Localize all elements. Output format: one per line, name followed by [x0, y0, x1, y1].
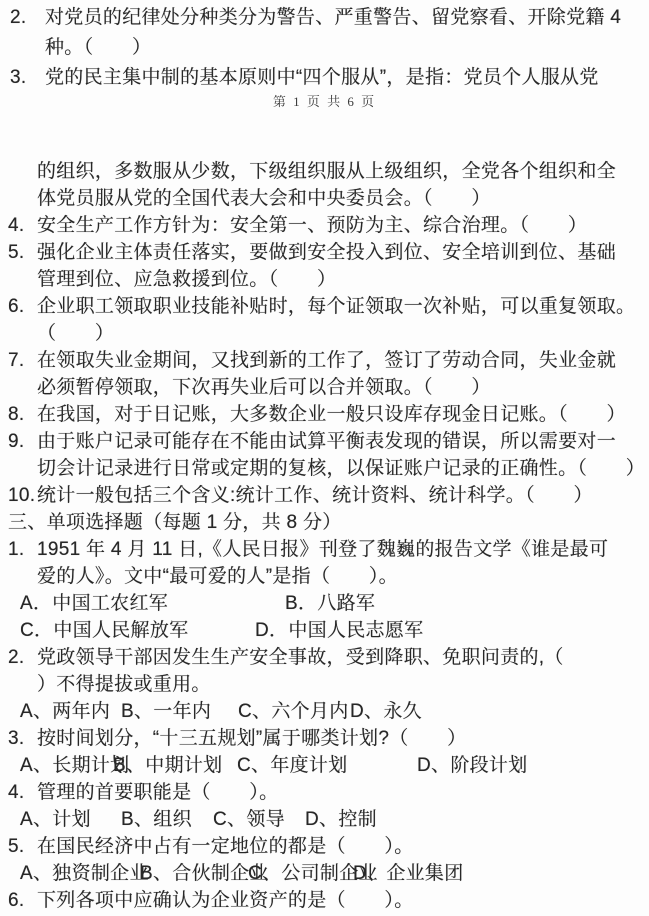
- question-line: 4.安全生产工作方针为：安全第一、预防为主、综合治理。（ ）: [0, 212, 649, 239]
- question-text: （ ）: [37, 323, 114, 344]
- question-text: 党政领导干部因发生生产安全事故，受到降职、免职问责的,（: [37, 647, 564, 668]
- option-item: D、控制: [305, 806, 377, 833]
- question-line: 9.由于账户记录可能存在不能由试算平衡表发现的错误，所以需要对一: [0, 428, 649, 455]
- question-text: ）不得提拔或重用。: [37, 674, 211, 695]
- question-number: 1.: [8, 536, 24, 563]
- option-item: C、公司制企业: [248, 860, 353, 887]
- option-item: C、六个月内: [238, 698, 350, 725]
- question-text: 的组织，多数服从少数，下级组织服从上级组织，全党各个组织和全: [37, 161, 616, 182]
- question-number: 6.: [8, 887, 24, 914]
- option-item: A、独资制企业: [20, 860, 140, 887]
- question-line-continued: 种。（ ）: [0, 33, 649, 63]
- question-number: 5.: [8, 239, 24, 266]
- question-number: 3.: [10, 63, 26, 93]
- question-text: 管理的首要职能是（ ）。: [37, 782, 278, 803]
- question-line: 2.党政领导干部因发生生产安全事故，受到降职、免职问责的,（: [0, 644, 649, 671]
- question-line: 5.在国民经济中占有一定地位的都是（ ）。: [0, 833, 649, 860]
- option-item: D、阶段计划: [417, 752, 528, 779]
- question-number: 3.: [8, 725, 24, 752]
- question-number: 2.: [10, 3, 26, 33]
- question-text: 三、单项选择题（每题 1 分，共 8 分）: [8, 512, 342, 533]
- question-line: 1.1951 年 4 月 11 日,《人民日报》刊登了魏巍的报告文学《谁是最可: [0, 536, 649, 563]
- option-item: B、组织: [121, 806, 213, 833]
- question-number: 6.: [8, 293, 24, 320]
- question-number: 4.: [8, 212, 24, 239]
- question-text: 种。（ ）: [45, 37, 151, 58]
- document-page: 2.对党员的纪律处分种类分为警告、严重警告、留党察看、开除党籍 4种。（ ）3.…: [0, 0, 649, 916]
- question-line-continued: 爱的人》。文中“最可爱的人”是指（ ）。: [0, 563, 649, 590]
- question-text: 按时间划分，“十三五规划”属于哪类计划?（ ）: [37, 728, 466, 749]
- options-row: A、长期计划B、中期计划C、年度计划D、阶段计划: [0, 752, 649, 779]
- question-line-continued: 必须暂停领取，下次再失业后可以合并领取。（ ）: [0, 374, 649, 401]
- question-text: 在领取失业金期间，又找到新的工作了，签订了劳动合同，失业金就: [37, 350, 616, 371]
- question-line: 2.对党员的纪律处分种类分为警告、严重警告、留党察看、开除党籍 4: [0, 3, 649, 33]
- question-line-continued: （ ）: [0, 320, 649, 347]
- question-number: 9.: [8, 428, 24, 455]
- option-item: B．八路军: [285, 590, 375, 617]
- question-line: 6.下列各项中应确认为企业资产的是（ ）。: [0, 887, 649, 914]
- question-text: 在我国，对于日记账，大多数企业一般只设库存现金日记账。（ ）: [37, 404, 626, 425]
- question-line: 3.党的民主集中制的基本原则中“四个服从”，是指：党员个人服从党: [0, 63, 649, 93]
- page-footer: 第 1 页 共 6 页: [0, 93, 649, 111]
- options-row: A、计划B、组织C、领导D、控制: [0, 806, 649, 833]
- question-line: 6.企业职工领取职业技能补贴时，每个证领取一次补贴，可以重复领取。: [0, 293, 649, 320]
- question-line: 8.在我国，对于日记账，大多数企业一般只设库存现金日记账。（ ）: [0, 401, 649, 428]
- question-text: 体党员服从党的全国代表大会和中央委员会。（ ）: [37, 188, 491, 209]
- option-item: B、合伙制企业: [140, 860, 248, 887]
- option-item: A、计划: [20, 806, 121, 833]
- options-row: A、独资制企业B、合伙制企业C、公司制企业D、企业集团: [0, 860, 649, 887]
- page-2-fragment: 的组织，多数服从少数，下级组织服从上级组织，全党各个组织和全体党员服从党的全国代…: [0, 158, 649, 914]
- question-text: 切会计记录进行日常或定期的复核，以保证账户记录的正确性。（ ）: [37, 458, 645, 479]
- question-line-continued: 体党员服从党的全国代表大会和中央委员会。（ ）: [0, 185, 649, 212]
- options-row: C．中国人民解放军D．中国人民志愿军: [0, 617, 649, 644]
- question-text: 由于账户记录可能存在不能由试算平衡表发现的错误，所以需要对一: [37, 431, 616, 452]
- option-item: B、一年内: [121, 698, 238, 725]
- question-number: 7.: [8, 347, 24, 374]
- question-text: 强化企业主体责任落实，要做到安全投入到位、安全培训到位、基础: [37, 242, 616, 263]
- options-row: A、两年内B、一年内C、六个月内D、永久: [0, 698, 649, 725]
- question-line: 3.按时间划分，“十三五规划”属于哪类计划?（ ）: [0, 725, 649, 752]
- question-text: 党的民主集中制的基本原则中“四个服从”，是指：党员个人服从党: [45, 67, 599, 88]
- option-item: D、永久: [350, 698, 422, 725]
- page-break-gap: [0, 111, 649, 158]
- question-line-continued: ）不得提拔或重用。: [0, 671, 649, 698]
- option-item: D．中国人民志愿军: [255, 617, 423, 644]
- section-heading: 三、单项选择题（每题 1 分，共 8 分）: [0, 509, 649, 536]
- option-item: D、企业集团: [353, 860, 464, 887]
- question-text: 管理到位、应急救援到位。（ ）: [37, 269, 336, 290]
- page-1-fragment: 2.对党员的纪律处分种类分为警告、严重警告、留党察看、开除党籍 4种。（ ）3.…: [0, 0, 649, 93]
- question-text: 下列各项中应确认为企业资产的是（ ）。: [37, 890, 414, 911]
- option-item: A、两年内: [20, 698, 121, 725]
- question-line-continued: 的组织，多数服从少数，下级组织服从上级组织，全党各个组织和全: [0, 158, 649, 185]
- question-text: 对党员的纪律处分种类分为警告、严重警告、留党察看、开除党籍 4: [45, 7, 621, 28]
- question-number: 10.: [8, 482, 35, 509]
- option-item: C、年度计划: [237, 752, 417, 779]
- question-number: 8.: [8, 401, 24, 428]
- question-line: 10.统计一般包括三个含义:统计工作、统计资料、统计科学。（ ）: [0, 482, 649, 509]
- question-line-continued: 管理到位、应急救援到位。（ ）: [0, 266, 649, 293]
- question-number: 2.: [8, 644, 24, 671]
- question-number: 4.: [8, 779, 24, 806]
- question-text: 必须暂停领取，下次再失业后可以合并领取。（ ）: [37, 377, 491, 398]
- question-line-continued: 切会计记录进行日常或定期的复核，以保证账户记录的正确性。（ ）: [0, 455, 649, 482]
- option-item: A、长期计划: [20, 752, 113, 779]
- question-number: 5.: [8, 833, 24, 860]
- question-line: 5.强化企业主体责任落实，要做到安全投入到位、安全培训到位、基础: [0, 239, 649, 266]
- option-item: B、中期计划: [113, 752, 237, 779]
- question-text: 企业职工领取职业技能补贴时，每个证领取一次补贴，可以重复领取。: [37, 296, 635, 317]
- option-item: C．中国人民解放军: [20, 617, 255, 644]
- option-item: C、领导: [213, 806, 305, 833]
- question-text: 爱的人》。文中“最可爱的人”是指（ ）。: [37, 566, 398, 587]
- question-text: 在国民经济中占有一定地位的都是（ ）。: [37, 836, 414, 857]
- options-row: A．中国工农红军B．八路军: [0, 590, 649, 617]
- question-text: 统计一般包括三个含义:统计工作、统计资料、统计科学。（ ）: [37, 485, 593, 506]
- option-item: A．中国工农红军: [20, 590, 285, 617]
- question-line: 4.管理的首要职能是（ ）。: [0, 779, 649, 806]
- question-line: 7.在领取失业金期间，又找到新的工作了，签订了劳动合同，失业金就: [0, 347, 649, 374]
- question-text: 1951 年 4 月 11 日,《人民日报》刊登了魏巍的报告文学《谁是最可: [37, 539, 608, 560]
- question-text: 安全生产工作方针为：安全第一、预防为主、综合治理。（ ）: [37, 215, 587, 236]
